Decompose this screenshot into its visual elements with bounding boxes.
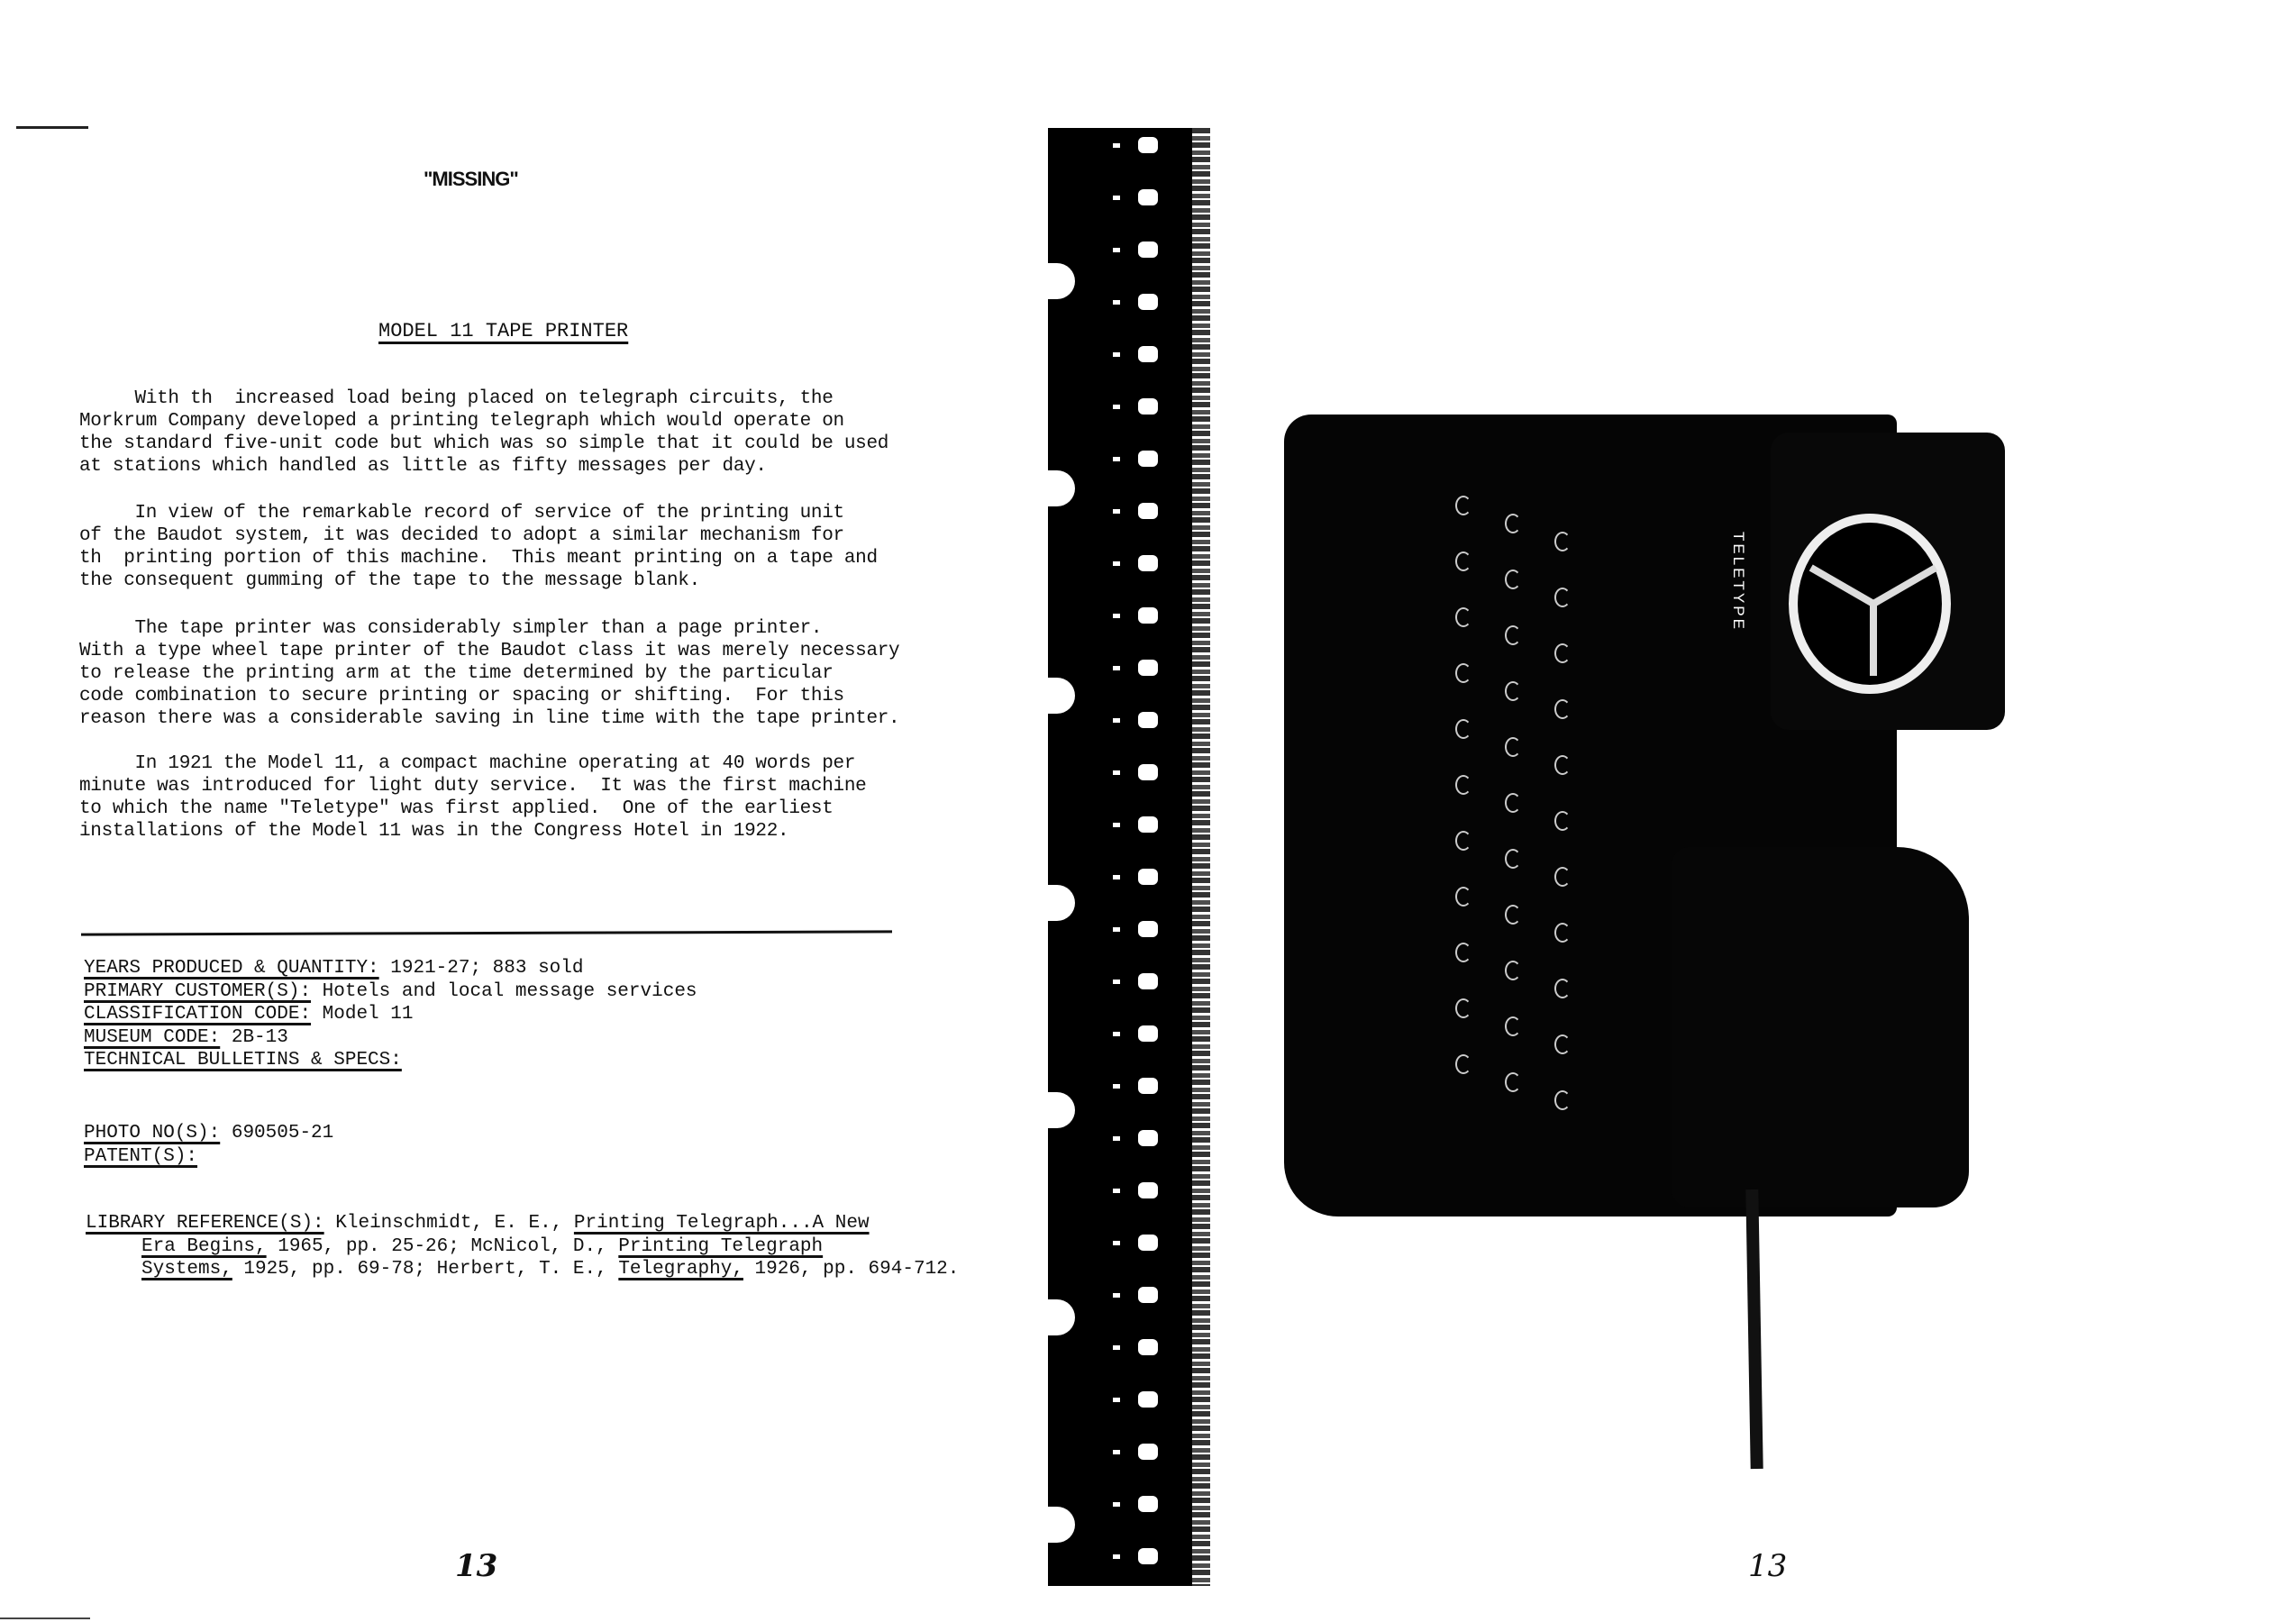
- section-divider: [81, 930, 892, 935]
- tape-reel-icon: [1789, 514, 1951, 694]
- film-strip-image: [1048, 128, 1192, 1586]
- field-museum-code: MUSEUM CODE: 2B-13: [84, 1026, 697, 1050]
- margin-mark: [16, 126, 88, 129]
- library-references: LIBRARY REFERENCE(S): Kleinschmidt, E. E…: [86, 1212, 987, 1281]
- spec-fields: YEARS PRODUCED & QUANTITY: 1921-27; 883 …: [84, 957, 697, 1072]
- machine-housing: [1672, 847, 1969, 1207]
- field-years: YEARS PRODUCED & QUANTITY: 1921-27; 883 …: [84, 957, 697, 980]
- missing-stamp: "MISSING": [424, 168, 518, 191]
- page-number-right: 13: [1748, 1548, 1787, 1584]
- field-patents: PATENT(S):: [84, 1145, 333, 1169]
- page-title: MODEL 11 TAPE PRINTER: [378, 320, 628, 342]
- margin-mark: [0, 1617, 90, 1619]
- paper-tape: [1745, 1189, 1763, 1469]
- paragraph: In view of the remarkable record of serv…: [79, 502, 944, 592]
- field-customers: PRIMARY CUSTOMER(S): Hotels and local me…: [84, 980, 697, 1004]
- paragraph: The tape printer was considerably simple…: [79, 617, 944, 730]
- field-photo-no: PHOTO NO(S): 690505-21: [84, 1122, 333, 1145]
- photo-fields: PHOTO NO(S): 690505-21 PATENT(S):: [84, 1122, 333, 1168]
- paragraph: With th increased load being placed on t…: [79, 387, 944, 478]
- field-tech-bulletins: TECHNICAL BULLETINS & SPECS:: [84, 1049, 697, 1072]
- teletype-photo: TELETYPE: [1284, 396, 2023, 1235]
- paragraph: In 1921 the Model 11, a compact machine …: [79, 752, 944, 843]
- field-classification: CLASSIFICATION CODE: Model 11: [84, 1003, 697, 1026]
- teletype-label: TELETYPE: [1717, 532, 1747, 658]
- film-strip-edge: [1192, 128, 1210, 1586]
- page-number-left: 13: [455, 1548, 497, 1584]
